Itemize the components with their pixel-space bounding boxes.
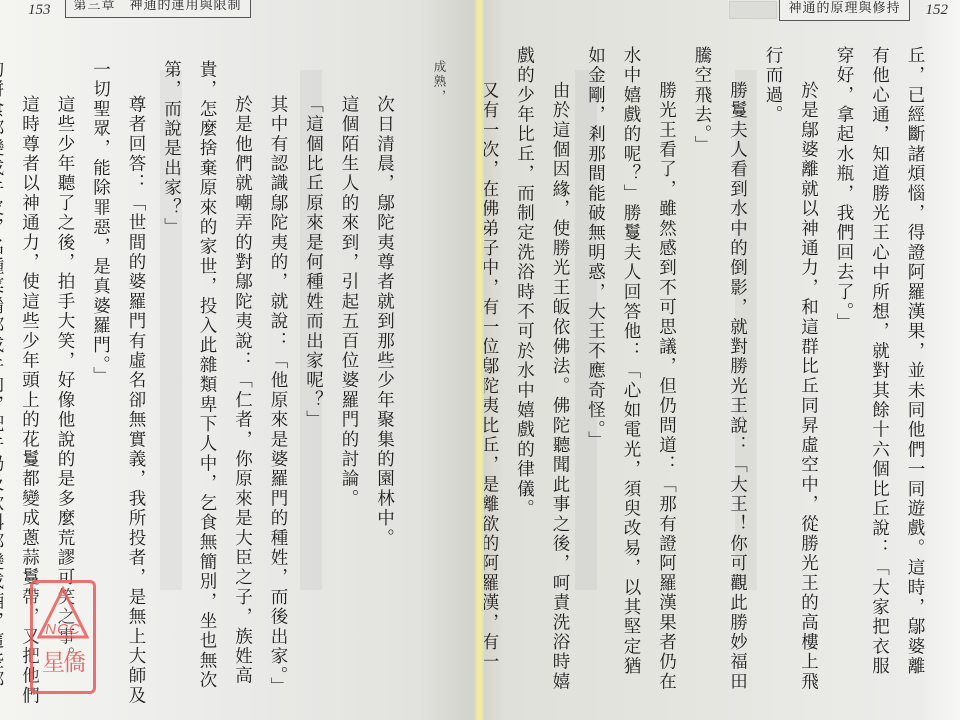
book-gutter [474,0,484,720]
right-page-body: 丘，已經斷諸煩惱，得證阿羅漢果，並未同他們一同遊戲。這時，鄔婆離有他心通，知道勝… [475,46,932,696]
right-page-header: 神通的原理與修持 152 [729,0,948,20]
paragraph: 這個陌生人的來到，引起五百位婆羅門的討論。 [331,60,367,710]
watermark-name: 星僑 [33,643,93,683]
running-header-left: 第三章 神通的運用與限制 [65,0,251,18]
text-column: 成熟， [422,60,458,710]
left-page-header: 153 第三章 神通的運用與限制 [28,0,251,20]
right-page: 神通的原理與修持 152 丘，已經斷諸煩惱，得證阿羅漢果，並未同他們一同遊戲。這… [475,0,960,720]
paragraph: 勝鬘夫人看到水中的倒影，就對勝光王說：「大王！你可觀此勝妙福田騰空飛去。」 [684,46,755,696]
paragraph: 於是他們就嘲弄的對鄔陀夷說：「仁者，你原來是大臣之子，族姓高貴，怎麼捨棄原來的家… [153,60,260,710]
paragraph: 次日清晨，鄔陀夷尊者就到那些少年聚集的園林中。 [366,60,402,710]
page-number-left: 153 [28,2,51,19]
paragraph: 勝光王看了，雖然感到不可思議，但仍問道：「那有證阿羅漢果者仍在水中嬉戲的呢？」勝… [577,46,684,696]
paragraph: 其中有認識鄔陀夷的，就說：「他原來是婆羅門的種姓，而後出家。」 [260,60,296,710]
paragraph: 「這個比丘原來是何種姓而出家呢？」 [295,60,331,710]
watermark-label: NCC [37,621,89,638]
paragraph: 丘，已經斷諸煩惱，得證阿羅漢果，並未同他們一同遊戲。這時，鄔婆離有他心通，知道勝… [826,46,933,696]
book-spread: 153 第三章 神通的運用與限制 成熟， 次日清晨，鄔陀夷尊者就到那些少年聚集的… [0,0,960,720]
paragraph: 於是鄔婆離就以神通力，和這群比丘同昇虛空中，從勝光王的高樓上飛行而過。 [755,46,826,696]
faded-header-box [729,1,777,19]
paragraph: 由於這個因緣，使勝光王皈依佛法。佛陀聽聞此事之後，呵責洗浴時嬉戲的少年比丘，而制… [506,46,577,696]
watermark-stamp: NCC 星僑 [30,580,96,694]
page-number-right: 152 [926,2,949,19]
running-header-right: 神通的原理與修持 [779,0,909,21]
